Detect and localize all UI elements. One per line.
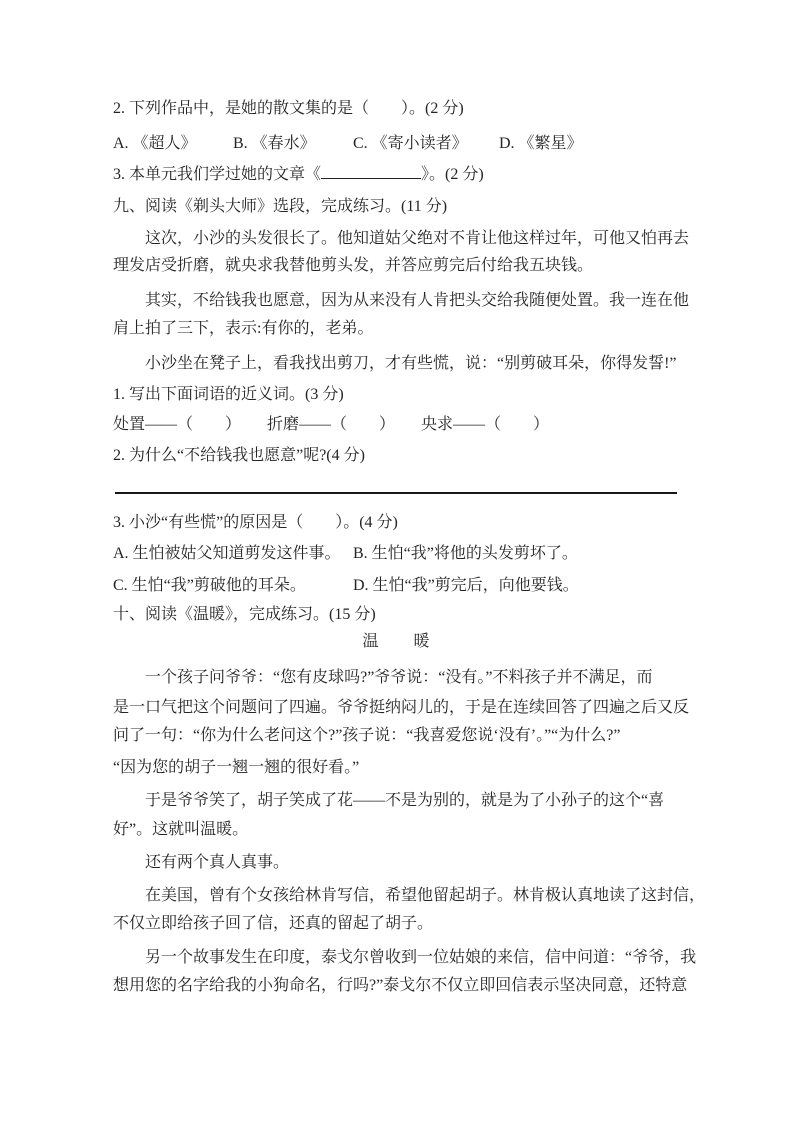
question-3-prompt: 3. 本单元我们学过她的文章《》。(2 分) (113, 160, 680, 190)
passage-line: 一个孩子问爷爷：“您有皮球吗?”爷爷说：“没有。”不料孩子并不满足，而 (113, 663, 680, 693)
question-2-prompt: 2. 下列作品中，是她的散文集的是（ ）。(2 分) (113, 94, 680, 124)
section-10-heading: 十、阅读《温暖》，完成练习。(15 分) (113, 600, 680, 630)
synonym-blanks: 处置——（ ） 折磨——（ ） 央求——（ ） (113, 410, 680, 440)
section-divider (115, 492, 677, 494)
section-9-heading: 九、阅读《剃头大师》选段，完成练习。(11 分) (113, 192, 680, 222)
option-a: A. 生怕被姑父知道剪发这件事。 (113, 539, 353, 569)
passage-line: 想用您的名字给我的小狗命名，行吗?”泰戈尔不仅立即回信表示坚决同意，还特意 (113, 971, 680, 1001)
passage-line: 理发店受折磨，就央求我替他剪头发，并答应剪完后付给我五块钱。 (113, 251, 680, 281)
question-2b-prompt: 2. 为什么“不给钱我也愿意”呢?(4 分) (113, 441, 680, 471)
passage-line: 不仅立即给孩子回了信，还真的留起了胡子。 (113, 909, 680, 939)
exam-page: 2. 下列作品中，是她的散文集的是（ ）。(2 分) A. 《超人》 B. 《春… (0, 0, 793, 1122)
passage-line: “因为您的胡子一翘一翘的很好看。” (113, 753, 680, 783)
passage-line: 问了一句：“你为什么老问这个?”孩子说：“我喜爱您说‘没有’。”“为什么?” (113, 721, 680, 751)
synonym-item: 央求——（ ） (421, 410, 549, 440)
option-a: A. 《超人》 (113, 129, 233, 159)
passage-line: 在美国，曾有个女孩给林肯写信，希望他留起胡子。林肯极认真地读了这封信， (113, 881, 680, 911)
question-3-prefix: 3. 本单元我们学过她的文章《 (113, 166, 321, 183)
synonym-item: 处置——（ ） (113, 410, 241, 440)
option-c: C. 《寄小读者》 (353, 129, 499, 159)
question-3-suffix: 》。(2 分) (421, 166, 484, 183)
passage-line: 另一个故事发生在印度，泰戈尔曾收到一位姑娘的来信，信中问道：“爷爷，我 (113, 943, 680, 973)
option-b: B. 生怕“我”将他的头发剪坏了。 (353, 539, 680, 569)
passage-line: 肩上拍了三下，表示:有你的，老弟。 (113, 314, 680, 344)
passage-line: 这次，小沙的头发很长了。他知道姑父绝对不肯让他这样过年，可他又怕再去 (113, 224, 680, 254)
question-3b-options-row-1: A. 生怕被姑父知道剪发这件事。 B. 生怕“我”将他的头发剪坏了。 (113, 539, 680, 569)
option-c: C. 生怕“我”剪破他的耳朵。 (113, 571, 353, 601)
question-3b-prompt: 3. 小沙“有些慌”的原因是（ ）。(4 分) (113, 508, 680, 538)
option-d: D. 《繁星》 (499, 129, 680, 159)
content-area: 2. 下列作品中，是她的散文集的是（ ）。(2 分) A. 《超人》 B. 《春… (113, 0, 680, 1122)
passage-line: 是一口气把这个问题问了四遍。爷爷挺纳闷儿的，于是在连续回答了四遍之后又反 (113, 693, 680, 723)
reading-title: 温 暖 (113, 627, 680, 657)
synonym-item: 折磨——（ ） (267, 410, 395, 440)
passage-line: 其实，不给钱我也愿意，因为从来没有人肯把头交给我随便处置。我一连在他 (113, 286, 680, 316)
question-3b-options-row-2: C. 生怕“我”剪破他的耳朵。 D. 生怕“我”剪完后，向他要钱。 (113, 571, 680, 601)
option-b: B. 《春水》 (233, 129, 353, 159)
passage-line: 于是爷爷笑了，胡子笑成了花——不是为别的，就是为了小孙子的这个“喜 (113, 786, 680, 816)
question-2-options: A. 《超人》 B. 《春水》 C. 《寄小读者》 D. 《繁星》 (113, 129, 680, 159)
passage-line: 好”。这就叫温暖。 (113, 815, 680, 845)
passage-line: 小沙坐在凳子上，看我找出剪刀，才有些慌，说：“别剪破耳朵，你得发誓!” (113, 349, 680, 379)
passage-line: 还有两个真人真事。 (113, 848, 680, 878)
answer-blank (321, 164, 421, 179)
question-1-prompt: 1. 写出下面词语的近义词。(3 分) (113, 380, 680, 410)
option-d: D. 生怕“我”剪完后，向他要钱。 (353, 571, 680, 601)
